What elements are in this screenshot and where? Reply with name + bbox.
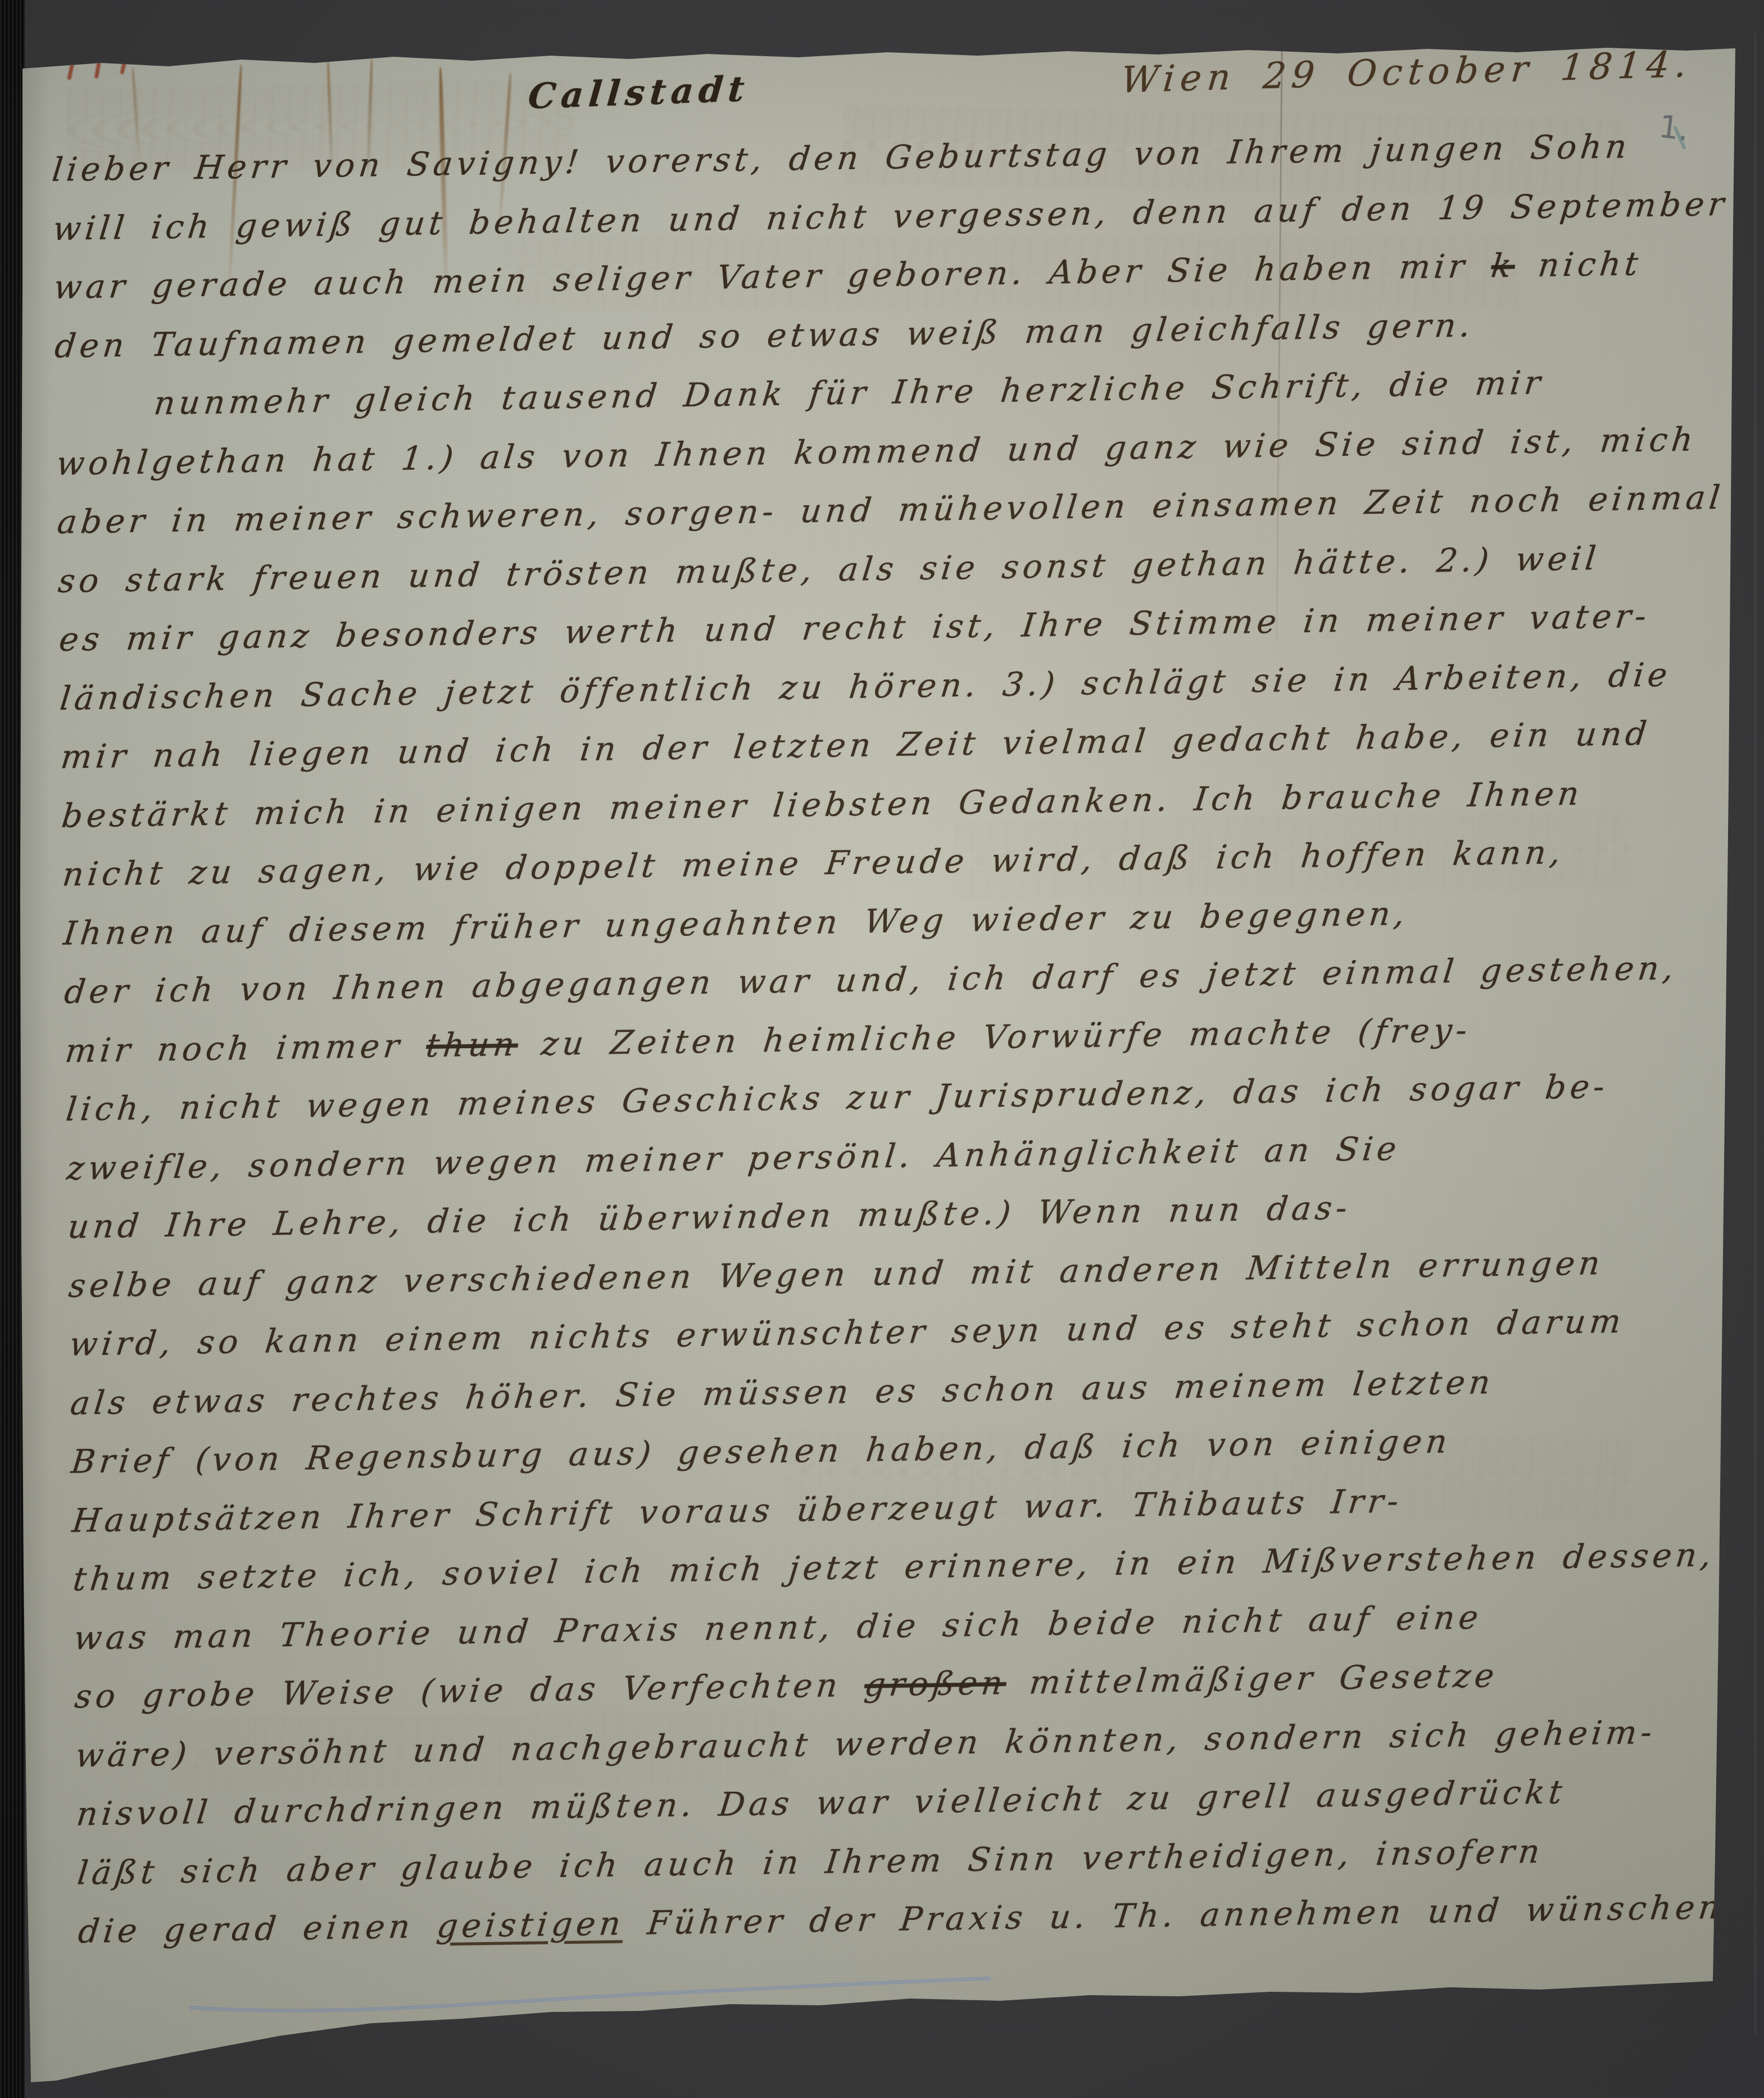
text-segment: mittelmäßiger Gesetze (1004, 1656, 1500, 1702)
word-underline: geistigen (435, 1904, 627, 1945)
adjacent-page-edge (1754, 34, 1756, 2034)
red-crayon-mark (94, 31, 107, 79)
text-segment: nicht (1513, 244, 1644, 284)
scan-background: Callstadt Wien 29 October 1814. 1. liebe… (0, 0, 1764, 2098)
word-strike: großen (863, 1664, 1009, 1704)
letter-page: Callstadt Wien 29 October 1814. 1. liebe… (0, 0, 1764, 2098)
archival-annotation: Callstadt (527, 68, 751, 117)
letter-body: lieber Herr von Savigny! vorerst, den Ge… (47, 126, 1749, 1971)
word-strike: thun (424, 1025, 520, 1064)
word-strike: k (1489, 246, 1517, 285)
dateline: Wien 29 October 1814. (1119, 44, 1694, 102)
text-segment: die gerad einen (76, 1907, 439, 1951)
text-segment: mir noch immer (64, 1026, 429, 1070)
red-crayon-mark (120, 33, 134, 74)
red-crayon-mark (67, 33, 81, 80)
text-segment: lieber Herr von Savigny! vorerst, den Ge… (50, 127, 1633, 189)
